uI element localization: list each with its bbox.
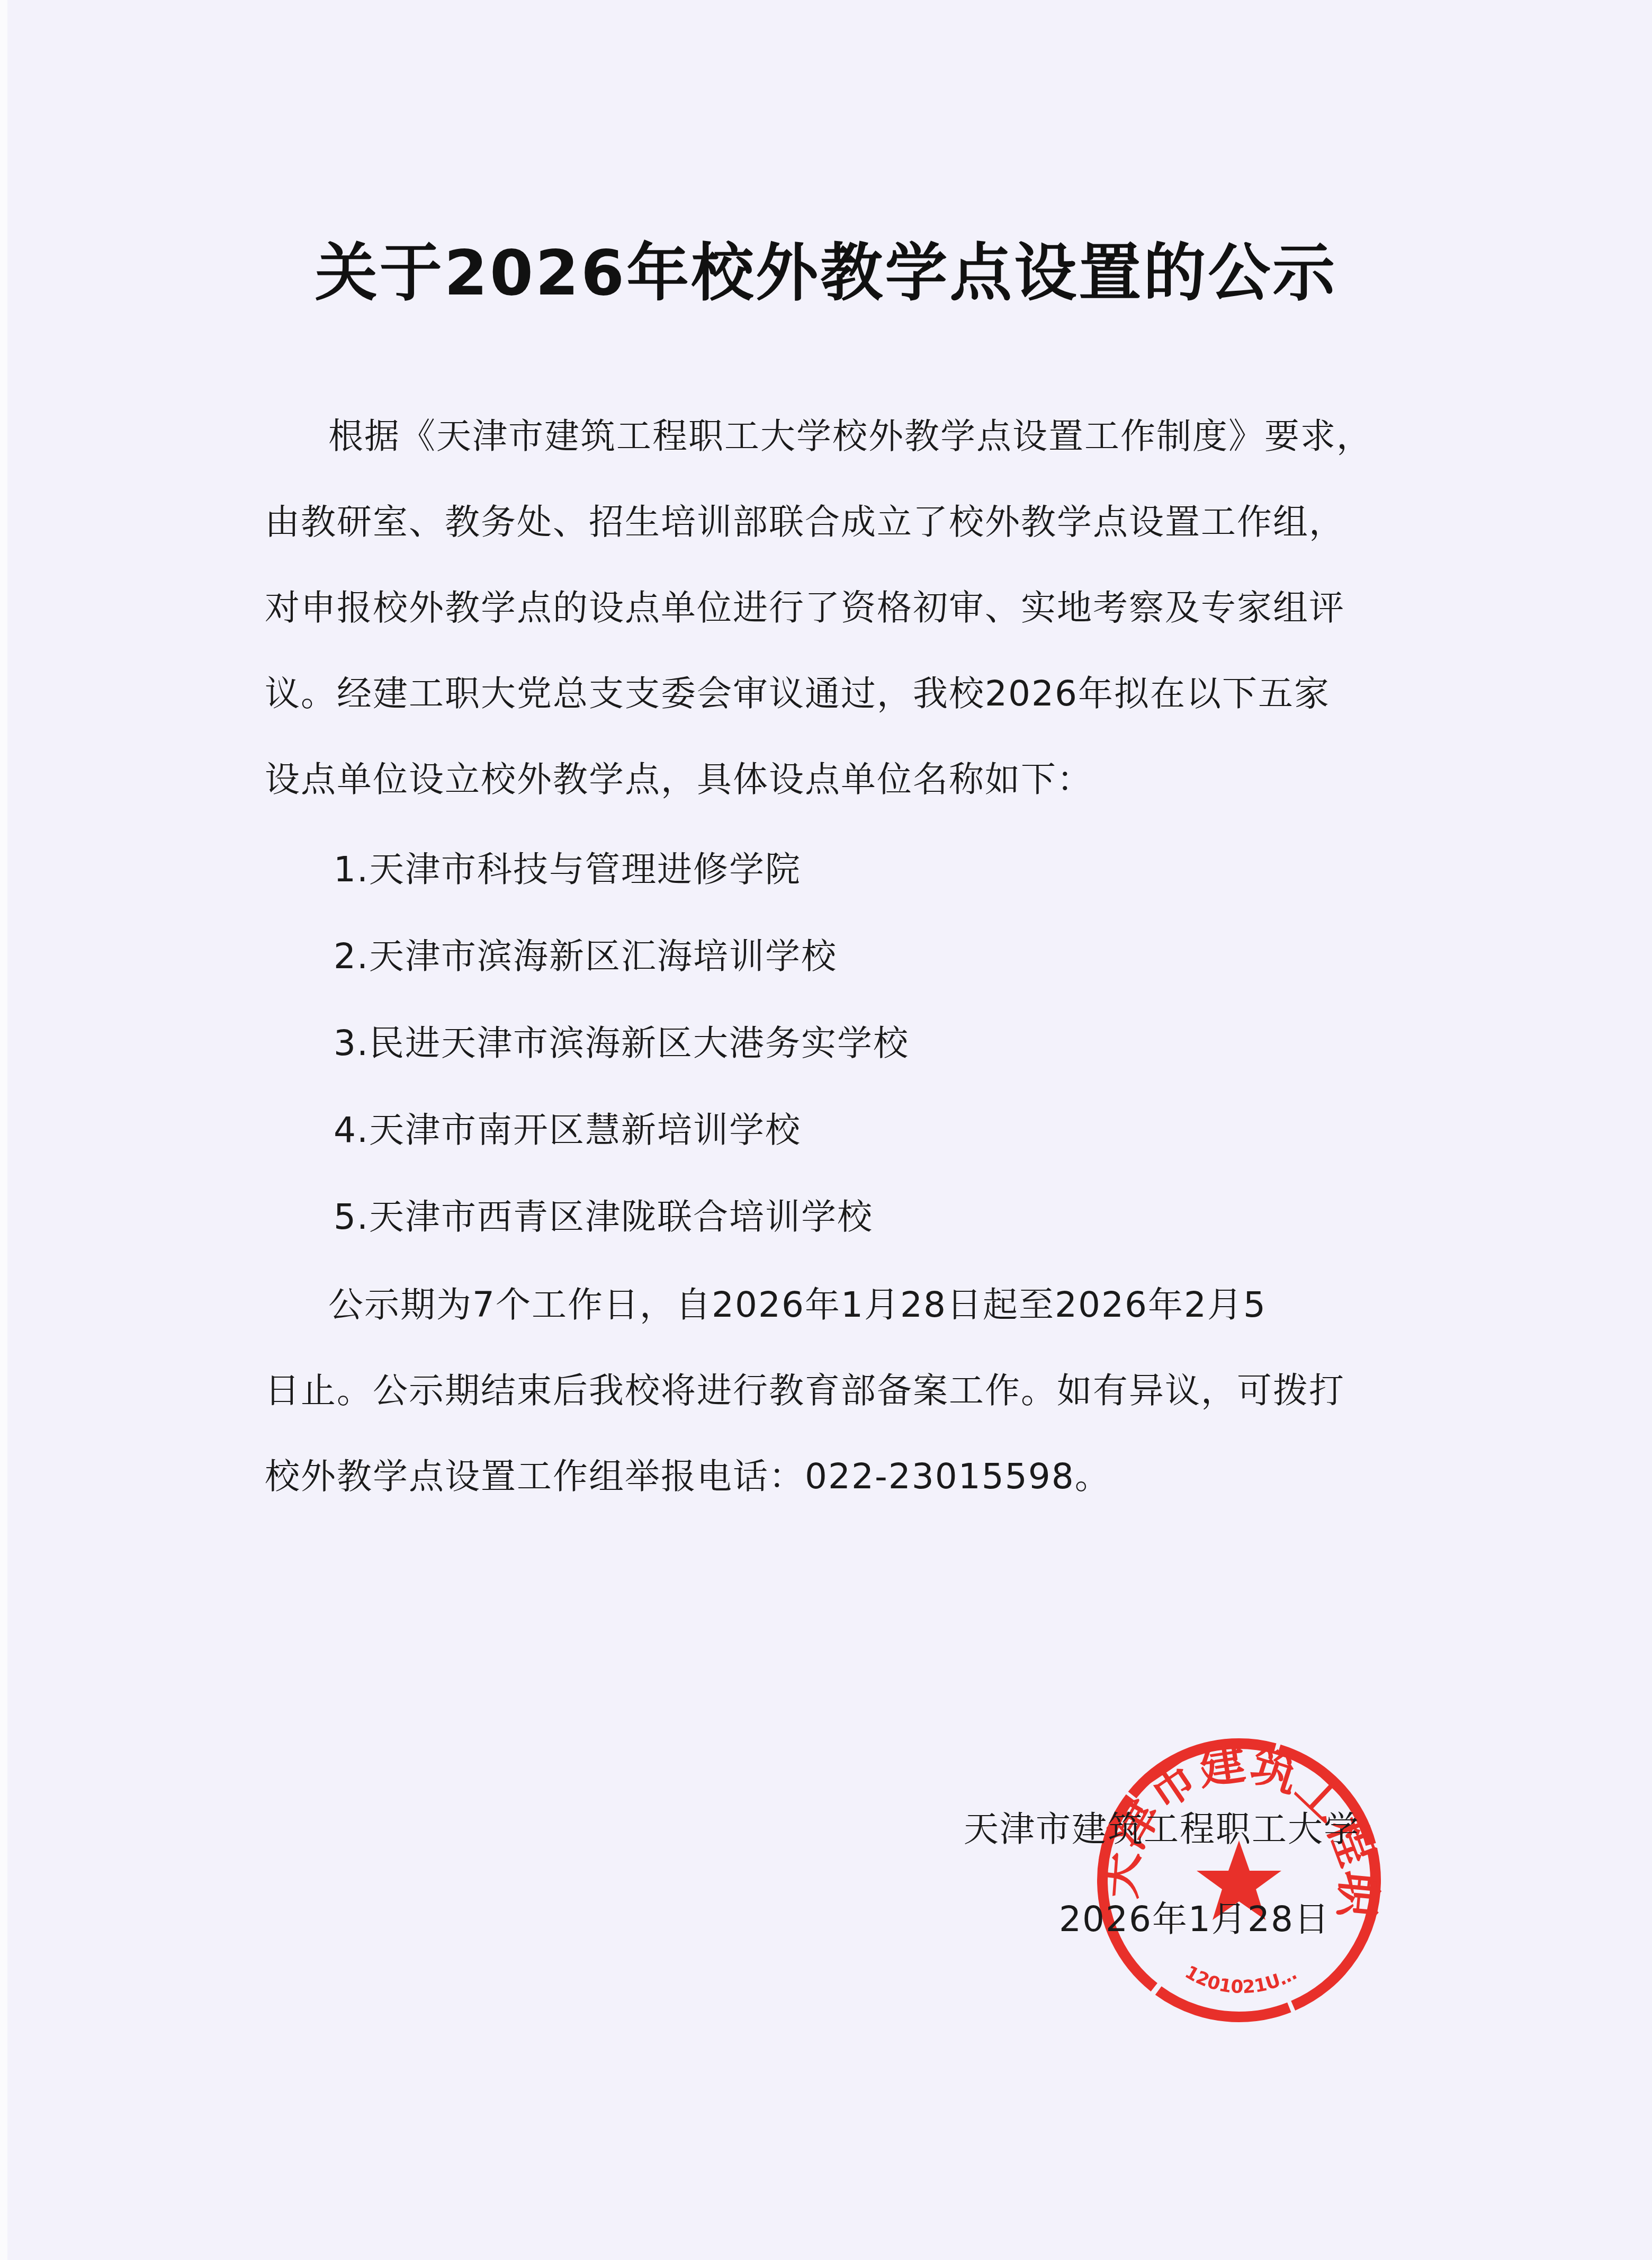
svg-text:1201021U…: 1201021U…: [1181, 1961, 1300, 1998]
unit-list-item: 3.民进天津市滨海新区大港务实学校: [334, 1015, 909, 1065]
unit-list-item: 1.天津市科技与管理进修学院: [334, 841, 801, 891]
paragraph1-line: 议。经建工职大党总支支委会审议通过，我校2026年拟在以下五家: [265, 665, 1330, 716]
unit-list-item: 5.天津市西青区津陇联合培训学校: [334, 1189, 873, 1239]
paragraph2-line: 日止。公示期结束后我校将进行教育部备案工作。如有异议，可拨打: [265, 1362, 1345, 1413]
paragraph2-line: 校外教学点设置工作组举报电话：022-23015598。: [265, 1448, 1111, 1498]
paragraph1-line: 由教研室、教务处、招生培训部联合成立了校外教学点设置工作组，: [265, 494, 1345, 544]
signature-organization: 天津市建筑工程职工大学: [964, 1801, 1360, 1851]
paragraph1-line: 根据《天津市建筑工程职工大学校外教学点设置工作制度》要求，: [328, 408, 1372, 458]
signature-date: 2026年1月28日: [1059, 1891, 1330, 1941]
scan-edge: [0, 0, 7, 2260]
paragraph2-line: 公示期为7个工作日，自2026年1月28日起至2026年2月5: [328, 1276, 1267, 1327]
unit-list-item: 4.天津市南开区慧新培训学校: [334, 1102, 801, 1152]
document-title: 关于2026年校外教学点设置的公示: [0, 222, 1652, 312]
paragraph1-line: 设点单位设立校外教学点，具体设点单位名称如下：: [265, 751, 1093, 801]
official-seal: 天津市建筑工程职工大学 1201021U…: [1091, 1732, 1387, 2029]
unit-list-item: 2.天津市滨海新区汇海培训学校: [334, 928, 837, 978]
paragraph1-line: 对申报校外教学点的设点单位进行了资格初审、实地考察及专家组评: [265, 579, 1345, 630]
